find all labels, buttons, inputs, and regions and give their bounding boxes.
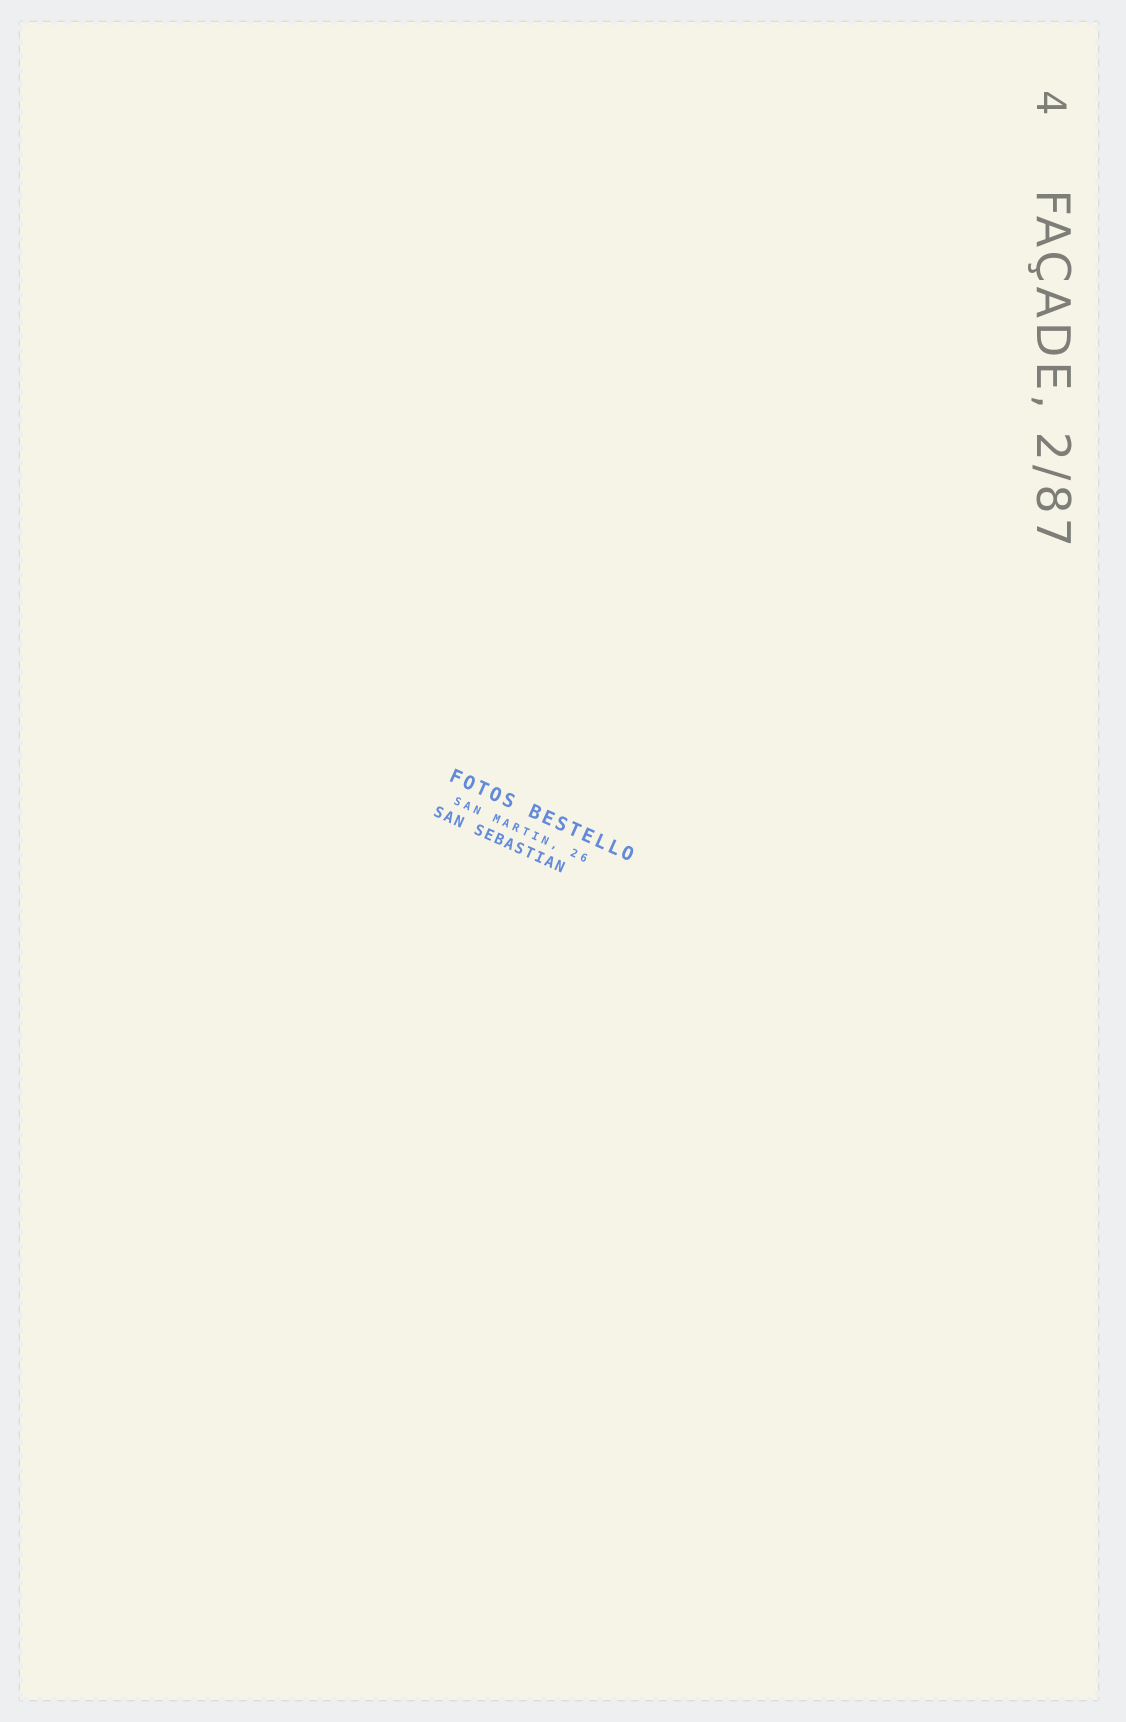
deckle-edge-top: [20, 19, 1098, 25]
deckle-edge-bottom: [20, 1697, 1098, 1703]
deckle-edge-left: [17, 22, 23, 1700]
pencil-annotation: 4FAÇADE, 2/87: [1026, 90, 1080, 551]
pencil-text: FAÇADE, 2/87: [1026, 189, 1080, 551]
deckle-edge-right: [1095, 22, 1101, 1700]
pencil-number: 4: [1027, 90, 1073, 119]
